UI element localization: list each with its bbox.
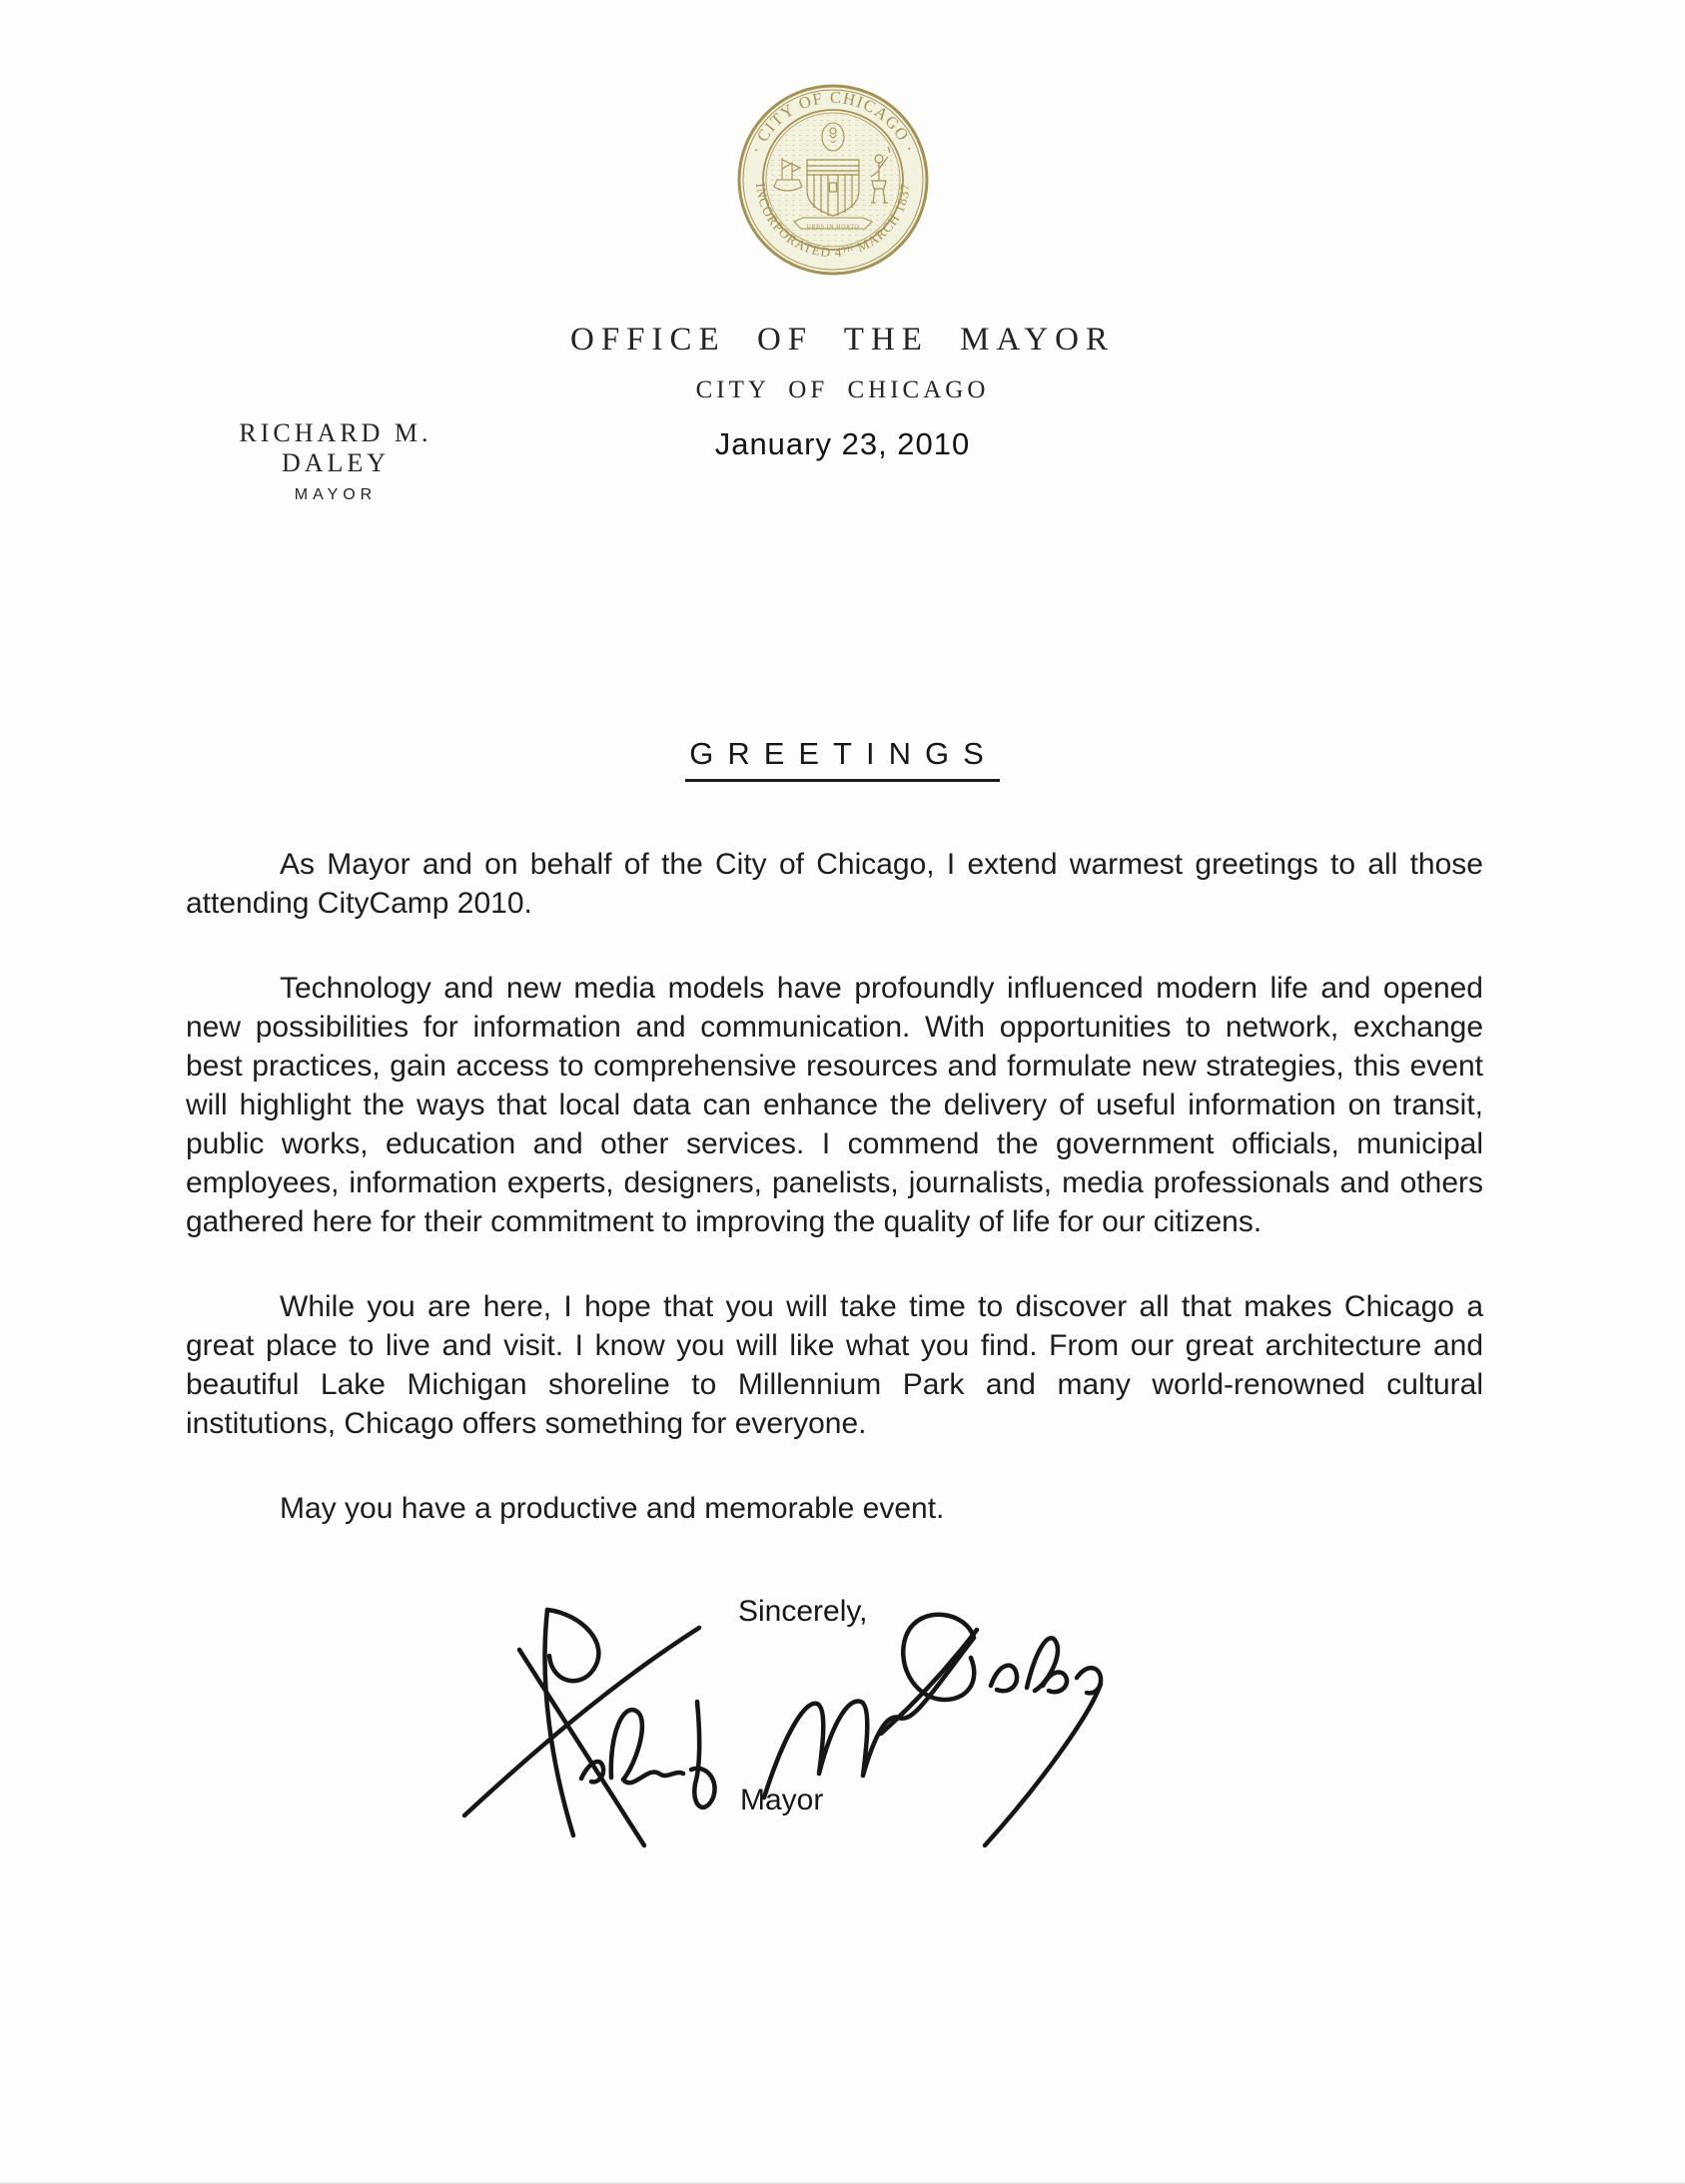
city-of-chicago-seal-icon: · CITY OF CHICAGO · INCORPORATED 4ᵀᴴ MAR… xyxy=(736,83,930,277)
mayor-signature xyxy=(451,1594,1116,1858)
official-title: MAYOR xyxy=(186,486,485,504)
salutation-greetings: GREETINGS xyxy=(685,736,1000,782)
letter-page: · CITY OF CHICAGO · INCORPORATED 4ᵀᴴ MAR… xyxy=(0,0,1685,2184)
letter-body: As Mayor and on behalf of the City of Ch… xyxy=(186,845,1483,1574)
city-of-chicago-heading: CITY OF CHICAGO xyxy=(0,376,1685,404)
paragraph-4: May you have a productive and memorable … xyxy=(186,1489,1483,1528)
salutation-row: GREETINGS xyxy=(0,736,1685,782)
paragraph-3: While you are here, I hope that you will… xyxy=(186,1287,1483,1443)
paragraph-2: Technology and new media models have pro… xyxy=(186,969,1483,1241)
signer-title-mayor: Mayor xyxy=(740,1784,823,1818)
official-name-block: RICHARD M. DALEY MAYOR xyxy=(186,418,485,504)
seal-motto-text: URBS IN HORTO xyxy=(806,225,859,231)
paragraph-1: As Mayor and on behalf of the City of Ch… xyxy=(186,845,1483,923)
office-of-the-mayor-heading: OFFICE OF THE MAYOR xyxy=(0,322,1685,359)
official-name: RICHARD M. DALEY xyxy=(186,418,485,478)
seal-motto-banner: URBS IN HORTO xyxy=(794,218,872,231)
